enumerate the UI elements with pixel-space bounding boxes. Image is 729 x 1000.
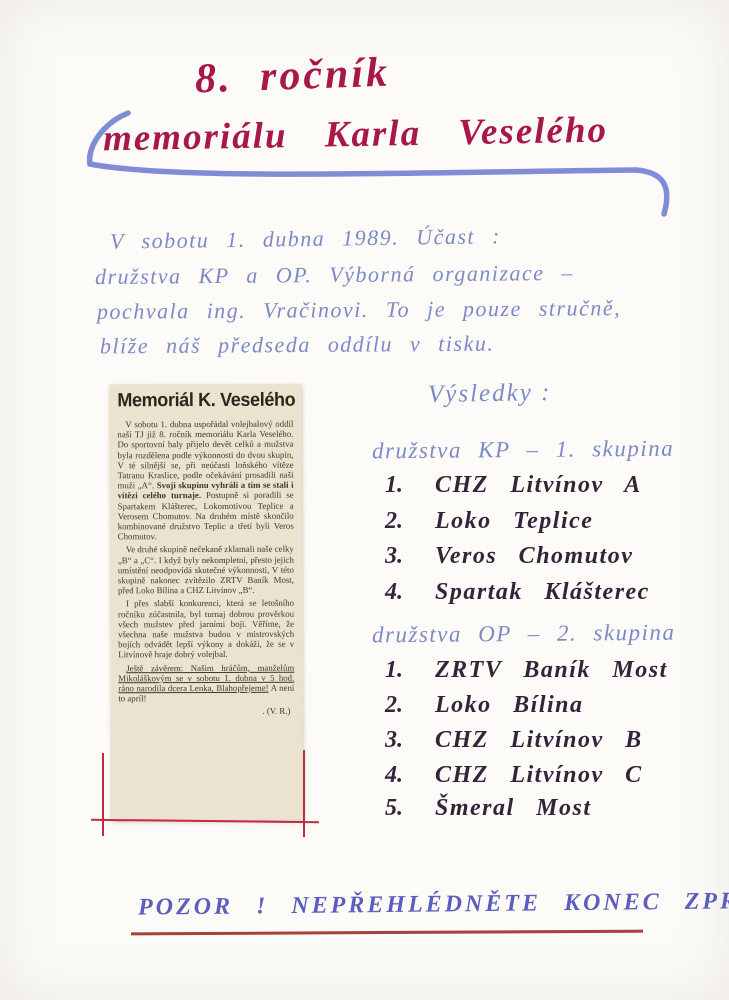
result-rank: 4.	[385, 762, 403, 789]
result-team: Loko Teplice	[435, 508, 593, 535]
note-line-1: V sobotu 1. dubna 1989. Účast :	[110, 223, 501, 254]
result-rank: 1.	[385, 472, 403, 499]
clipping-paragraph-4: Ještě závěrem: Našim hráčům, manželům Mi…	[118, 662, 294, 703]
newspaper-clipping: Memoriál K. Veselého V sobotu 1. dubna u…	[109, 384, 303, 821]
clipping-headline: Memoriál K. Veselého	[117, 390, 284, 413]
page-title-line2: memoriálu Karla Veselého	[103, 109, 609, 161]
result-team: Šmeral Most	[435, 795, 592, 822]
result-team: Loko Bílina	[435, 692, 584, 719]
result-team: Spartak Klášterec	[435, 579, 650, 606]
results-group2-title: družstva OP – 2. skupina	[372, 620, 676, 649]
results-group1-title: družstva KP – 1. skupina	[372, 436, 674, 465]
note-line-3: pochvala ing. Vračinovi. To je pouze str…	[97, 295, 621, 325]
scrapbook-page: 8. ročník memoriálu Karla Veselého V sob…	[0, 0, 729, 1000]
footer-warning-underline	[131, 930, 643, 935]
result-rank: 5.	[385, 795, 403, 822]
red-mark-vertical-left	[102, 753, 104, 836]
result-team: ZRTV Baník Most	[435, 657, 668, 684]
result-rank: 2.	[385, 692, 403, 719]
result-team: CHZ Litvínov B	[435, 727, 643, 754]
results-heading: Výsledky :	[428, 379, 552, 409]
result-rank: 4.	[385, 579, 403, 606]
note-line-2: družstva KP a OP. Výborná organizace –	[95, 260, 574, 290]
clipping-paragraph-2: Ve druhé skupině nečekaně zklamali naše …	[118, 544, 294, 596]
clipping-paragraph-3: I přes slabší konkurenci, která se letoš…	[118, 598, 294, 660]
clipping-body: V sobotu 1. dubna uspořádal volejbalový …	[117, 419, 294, 717]
result-rank: 2.	[385, 508, 403, 535]
result-rank: 1.	[385, 657, 403, 684]
result-rank: 3.	[385, 727, 403, 754]
clipping-signature: . (V. R.)	[118, 706, 294, 717]
result-team: Veros Chomutov	[435, 543, 633, 570]
result-rank: 3.	[385, 543, 403, 570]
page-title-line1: 8. ročník	[194, 49, 391, 104]
result-team: CHZ Litvínov A	[435, 472, 642, 499]
result-team: CHZ Litvínov C	[435, 762, 643, 789]
red-mark-vertical-right	[303, 750, 305, 837]
note-line-4: blíže náš předseda oddílu v tisku.	[100, 331, 494, 360]
clipping-paragraph-1: V sobotu 1. dubna uspořádal volejbalový …	[117, 419, 293, 542]
footer-warning-text: POZOR ! NEPŘEHLÉDNĚTE KONEC ZPRÁVY !	[138, 887, 729, 921]
